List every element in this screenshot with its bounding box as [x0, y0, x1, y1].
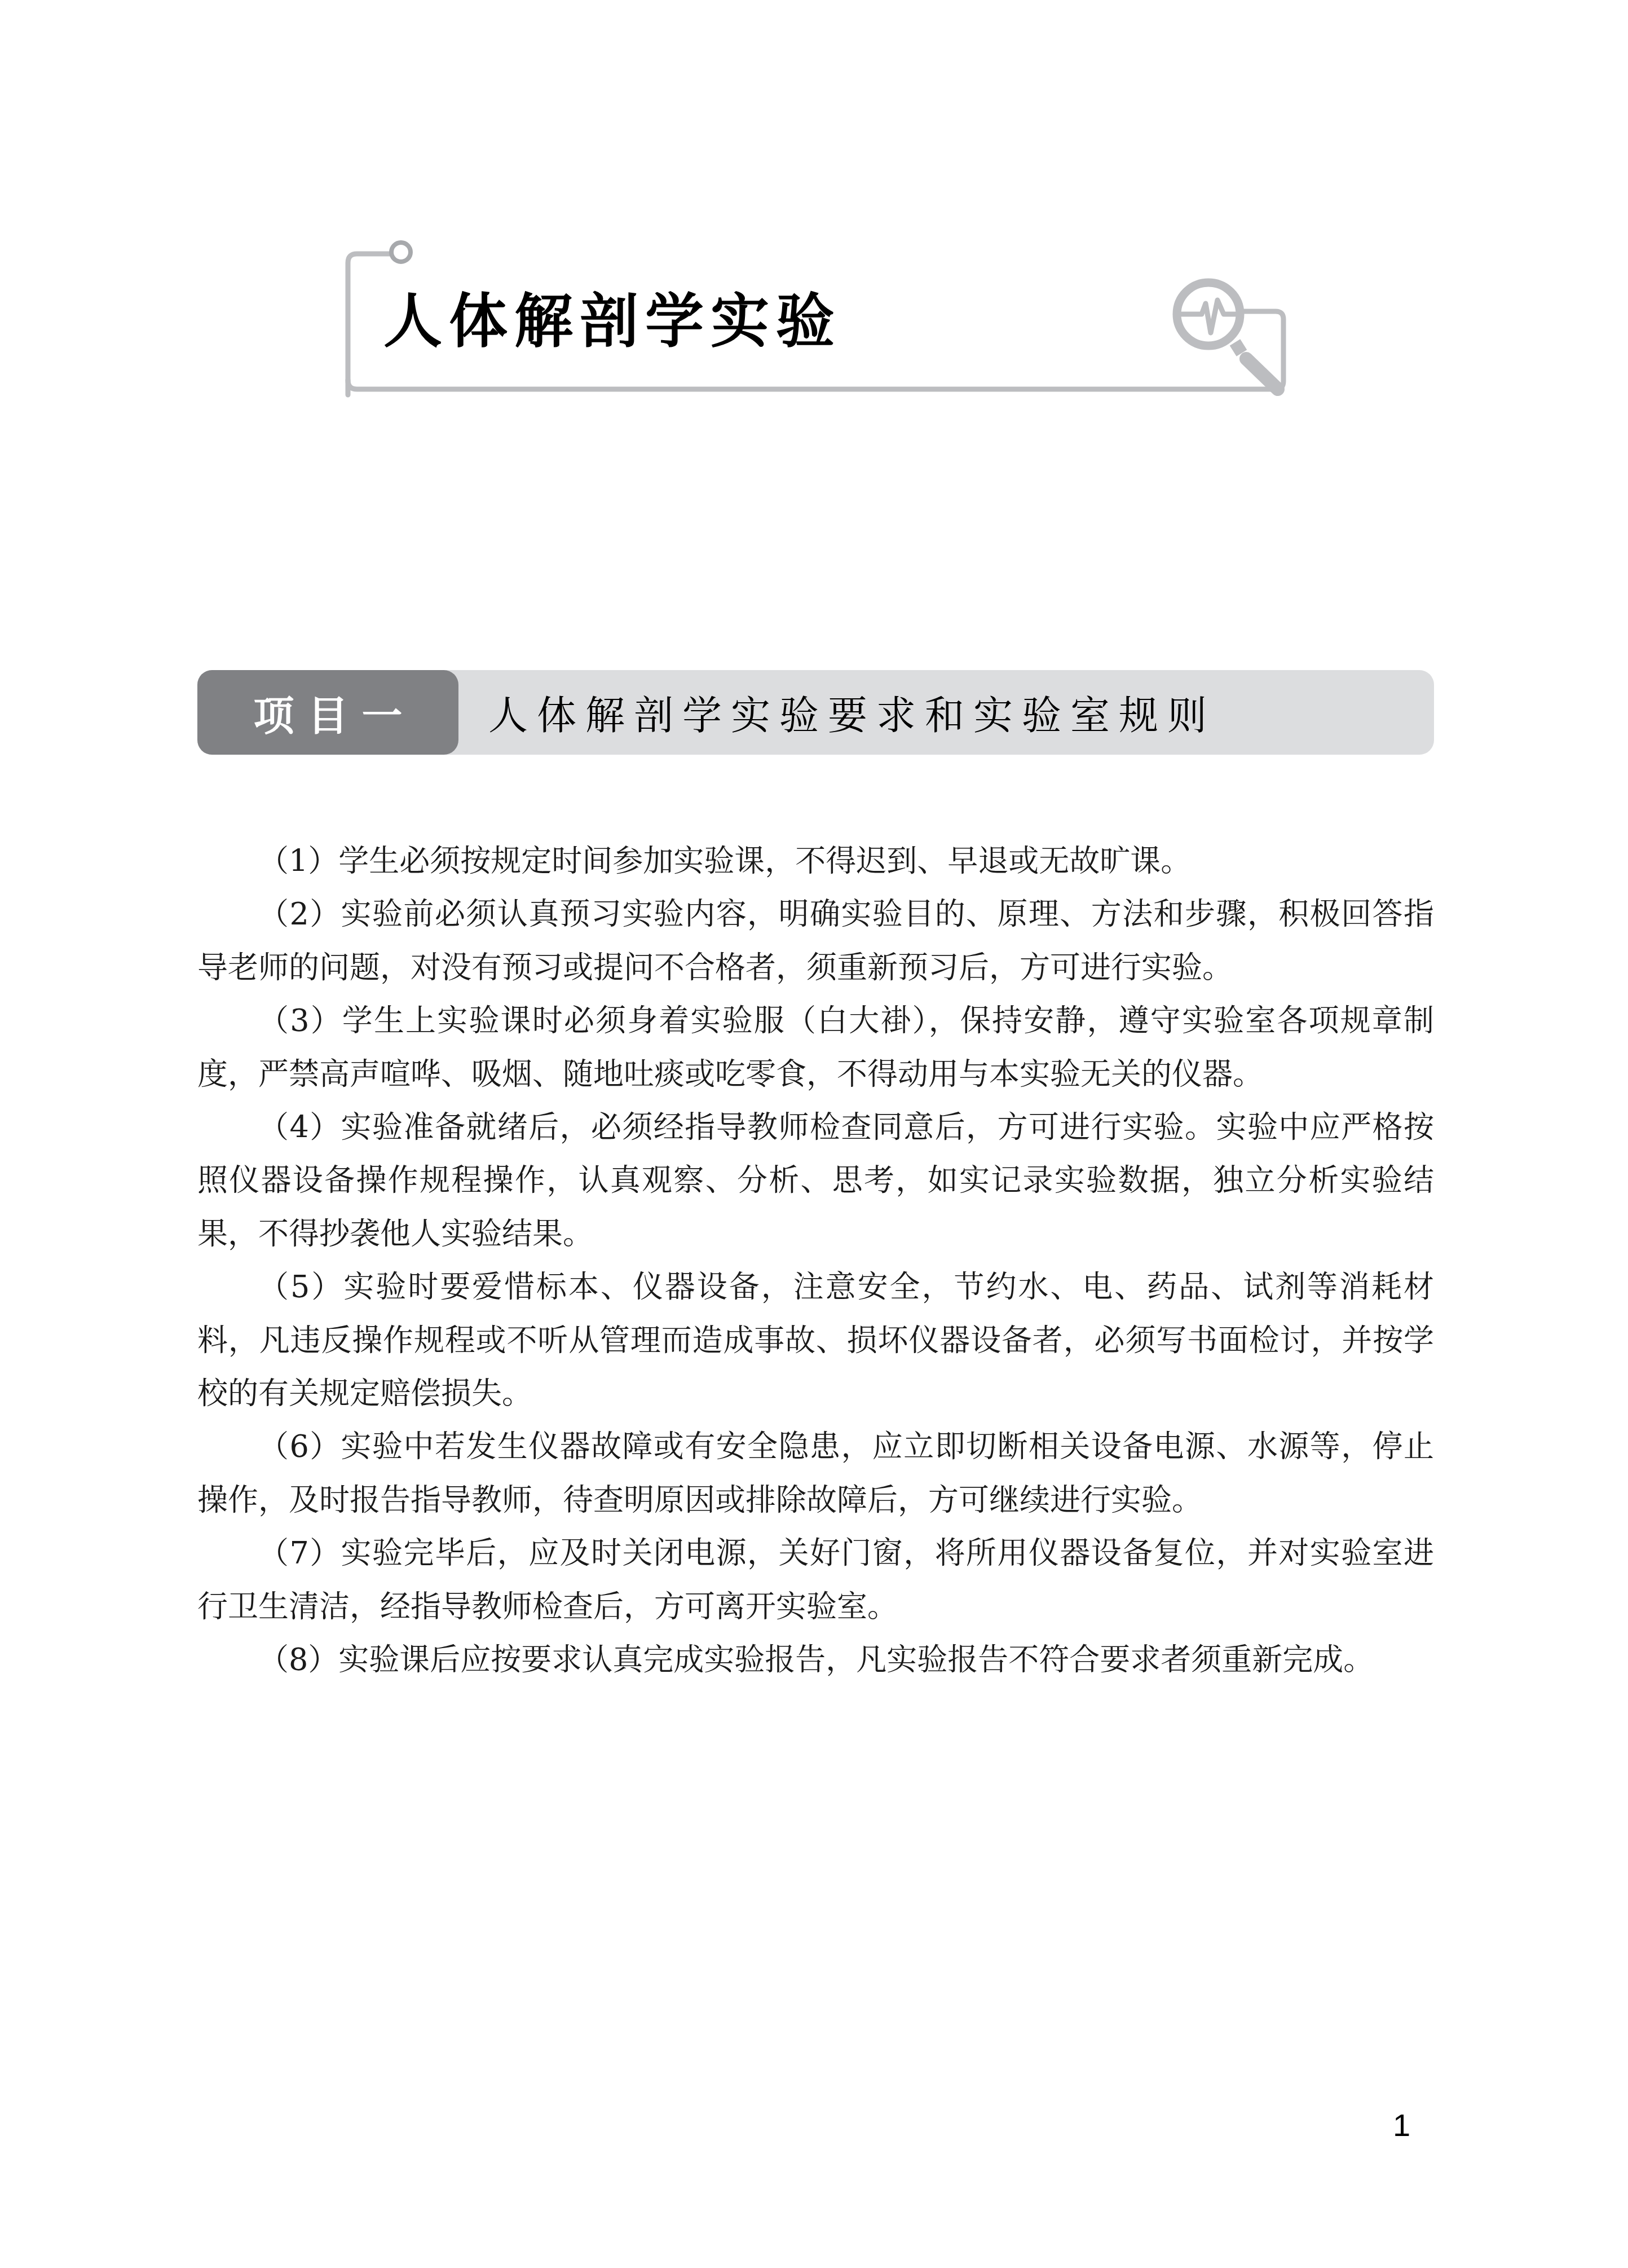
section-title: 人体解剖学实验要求和实验室规则: [488, 670, 1216, 755]
chapter-title: 人体解剖学实验: [383, 285, 841, 358]
rule-item: （4）实验准备就绪后，必须经指导教师检查同意后，方可进行实验。实验中应严格按照仪…: [197, 1101, 1434, 1261]
connector-circle-icon: [391, 243, 411, 262]
rule-item: （8）实验课后应按要求认真完成实验报告，凡实验报告不符合要求者须重新完成。: [197, 1633, 1434, 1686]
section-badge: 项目一: [197, 670, 458, 755]
rule-item: （2）实验前必须认真预习实验内容，明确实验目的、原理、方法和步骤，积极回答指导老…: [197, 888, 1434, 994]
rule-item: （7）实验完毕后，应及时关闭电源，关好门窗，将所用仪器设备复位，并对实验室进行卫…: [197, 1527, 1434, 1633]
magnifier-heartbeat-icon: [1177, 283, 1278, 389]
rule-item: （5）实验时要爱惜标本、仪器设备，注意安全，节约水、电、药品、试剂等消耗材料，凡…: [197, 1261, 1434, 1420]
rules-list: （1）学生必须按规定时间参加实验课，不得迟到、早退或无故旷课。 （2）实验前必须…: [197, 835, 1434, 1687]
page-number: 1: [1393, 2107, 1410, 2143]
section-badge-label: 项目一: [240, 683, 416, 742]
rule-item: （6）实验中若发生仪器故障或有安全隐患，应立即切断相关设备电源、水源等，停止操作…: [197, 1420, 1434, 1527]
rule-item: （3）学生上实验课时必须身着实验服（白大褂），保持安静，遵守实验室各项规章制度，…: [197, 994, 1434, 1101]
rule-item: （1）学生必须按规定时间参加实验课，不得迟到、早退或无故旷课。: [197, 835, 1434, 888]
